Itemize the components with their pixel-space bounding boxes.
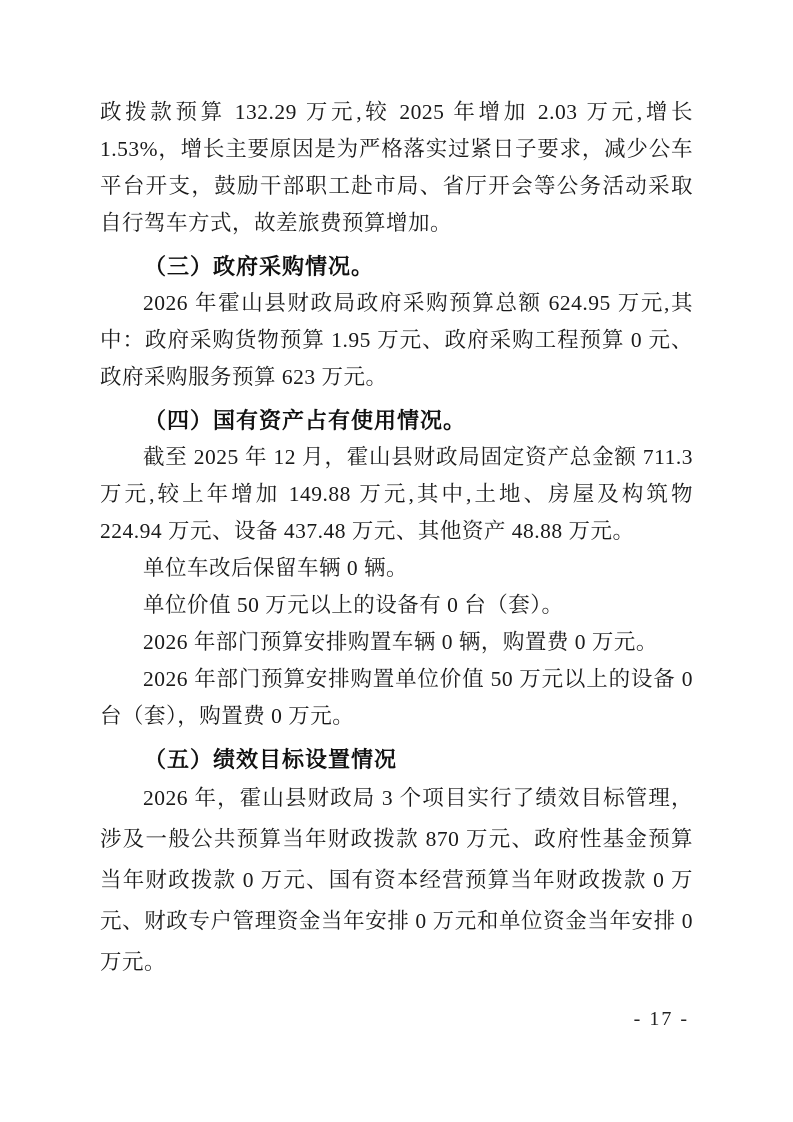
paragraph-equipment-purchase-budget: 2026 年部门预算安排购置单位价值 50 万元以上的设备 0 台（套），购置费…: [100, 661, 693, 735]
paragraph-fixed-assets: 截至 2025 年 12 月，霍山县财政局固定资产总金额 711.3 万元,较上…: [100, 439, 693, 550]
paragraph-equipment-over-500k: 单位价值 50 万元以上的设备有 0 台（套）。: [100, 587, 693, 624]
paragraph-vehicle-purchase-budget: 2026 年部门预算安排购置车辆 0 辆，购置费 0 万元。: [100, 624, 693, 661]
page-content: 政拨款预算 132.29 万元,较 2025 年增加 2.03 万元,增长 1.…: [100, 94, 693, 983]
section-heading-state-assets: （四）国有资产占有使用情况。: [100, 402, 693, 439]
section-heading-performance-targets: （五）绩效目标设置情况: [100, 741, 693, 778]
paragraph-procurement-budget: 2026 年霍山县财政局政府采购预算总额 624.95 万元,其中：政府采购货物…: [100, 285, 693, 396]
page-number: - 17 -: [634, 1006, 689, 1032]
section-heading-government-procurement: （三）政府采购情况。: [100, 248, 693, 285]
paragraph-performance-target-management: 2026 年，霍山县财政局 3 个项目实行了绩效目标管理，涉及一般公共预算当年财…: [100, 778, 693, 983]
paragraph-retained-vehicles: 单位车改后保留车辆 0 辆。: [100, 550, 693, 587]
paragraph-continuation: 政拨款预算 132.29 万元,较 2025 年增加 2.03 万元,增长 1.…: [100, 94, 693, 242]
document-page: 政拨款预算 132.29 万元,较 2025 年增加 2.03 万元,增长 1.…: [0, 0, 793, 1122]
